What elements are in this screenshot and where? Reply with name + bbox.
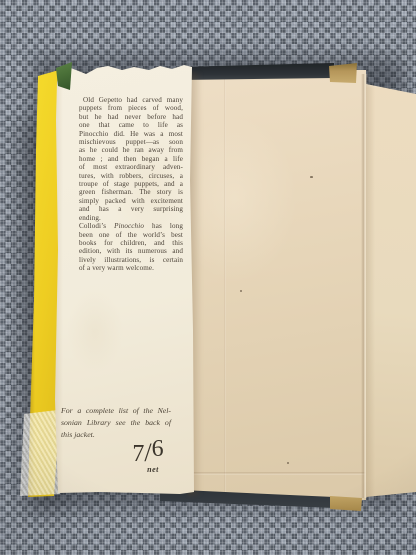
endpaper-crease-vertical <box>224 70 226 500</box>
blurb-paragraph-1: Old Gepetto had carved manypuppets from … <box>79 96 183 222</box>
paper-speck <box>310 176 313 178</box>
paper-speck <box>287 462 289 464</box>
paper-speck <box>240 290 242 292</box>
blurb-paragraph-2: Collodi’s Pinocchio has longbeen one of … <box>79 222 183 272</box>
flyleaf-page <box>366 82 416 498</box>
price-block: 7/6 net <box>108 440 188 474</box>
endpaper <box>178 70 366 500</box>
price-separator: / <box>144 438 151 467</box>
price-pence: 6 <box>152 436 164 462</box>
flap-blurb: Old Gepetto had carved manypuppets from … <box>79 96 183 273</box>
endpaper-crease-horizontal <box>178 472 366 475</box>
price-shillings: 7 <box>132 441 144 467</box>
jacket-flap: Old Gepetto had carved manypuppets from … <box>52 62 195 496</box>
tissue-remnant <box>18 408 62 498</box>
jacket-fold-tab-top <box>329 63 357 83</box>
book-photo-scene: Old Gepetto had carved manypuppets from … <box>0 0 416 555</box>
price-net-label: net <box>113 465 193 474</box>
